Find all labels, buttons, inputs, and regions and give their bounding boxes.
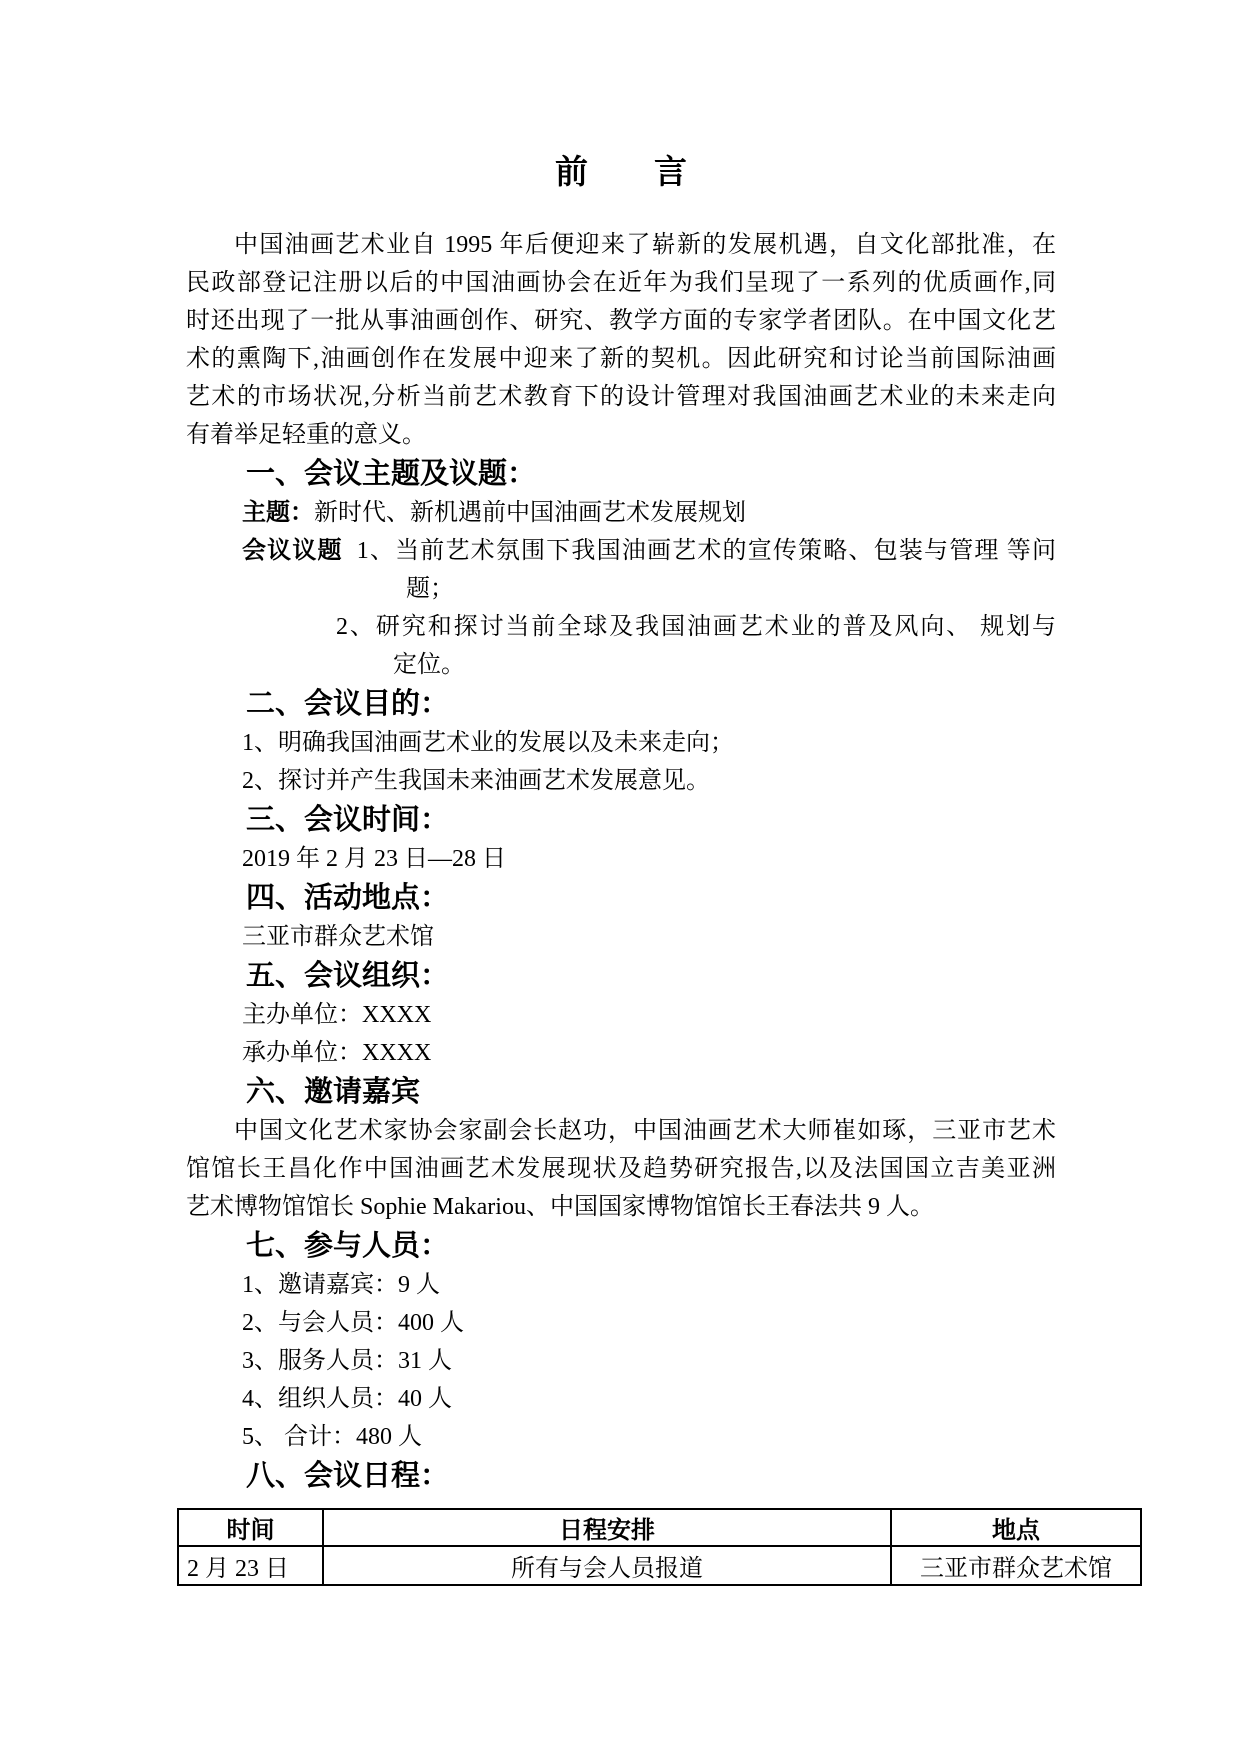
topic-text: 新时代、新机遇前中国油画艺术发展规划 — [314, 500, 746, 526]
topic-label: 主题： — [242, 500, 314, 526]
intro-line: 民政部登记注册以后的中国油画协会在近年为我们呈现了一系列的优质画作,同 — [186, 264, 1056, 302]
intro-line: 有着举足轻重的意义。 — [186, 416, 1056, 454]
participant-item: 1、邀请嘉宾：9 人 — [242, 1266, 1056, 1304]
section-heading-6: 六、邀请嘉宾 — [246, 1072, 1056, 1112]
organizer-host: 主办单位：XXXX — [242, 996, 1056, 1034]
guests-line: 艺术博物馆馆长 Sophie Makariou、中国国家博物馆馆长王春法共 9 … — [186, 1188, 1056, 1226]
organizer-undertaker: 承办单位：XXXX — [242, 1034, 1056, 1072]
intro-line: 艺术的市场状况,分析当前艺术教育下的设计管理对我国油画艺术业的未来走向 — [186, 378, 1056, 416]
page-title: 前 言 — [186, 150, 1056, 196]
intro-line: 中国油画艺术业自 1995 年后便迎来了崭新的发展机遇，自文化部批准，在 — [186, 226, 1056, 264]
purpose-item: 1、明确我国油画艺术业的发展以及未来走向； — [242, 724, 1056, 762]
issue-2-continuation: 定位。 — [393, 646, 1056, 684]
table-header-row: 时间 日程安排 地点 — [178, 1509, 1141, 1546]
section-heading-3: 三、会议时间： — [246, 800, 1056, 840]
participant-item: 5、 合计：480 人 — [242, 1418, 1056, 1456]
intro-paragraph: 中国油画艺术业自 1995 年后便迎来了崭新的发展机遇，自文化部批准，在 民政部… — [186, 226, 1056, 454]
issue-2-text: 2、研究和探讨当前全球及我国油画艺术业的普及风向、 规划与 — [336, 608, 1056, 646]
guests-line: 中国文化艺术家协会家副会长赵功，中国油画艺术大师崔如琢，三亚市艺术 — [186, 1112, 1056, 1150]
schedule-table: 时间 日程安排 地点 2 月 23 日 所有与会人员报道 三亚市群众艺术馆 — [177, 1508, 1142, 1586]
participant-item: 4、组织人员：40 人 — [242, 1380, 1056, 1418]
table-row: 2 月 23 日 所有与会人员报道 三亚市群众艺术馆 — [178, 1546, 1141, 1585]
meeting-time: 2019 年 2 月 23 日—28 日 — [242, 840, 1056, 878]
cell-agenda: 所有与会人员报道 — [323, 1546, 891, 1585]
participant-item: 2、与会人员：400 人 — [242, 1304, 1056, 1342]
intro-line: 术的熏陶下,油画创作在发展中迎来了新的契机。因此研究和讨论当前国际油画 — [186, 340, 1056, 378]
guests-line: 馆馆长王昌化作中国油画艺术发展现状及趋势研究报告,以及法国国立吉美亚洲 — [186, 1150, 1056, 1188]
section-heading-1: 一、会议主题及议题： — [246, 454, 1056, 494]
header-cell-agenda: 日程安排 — [323, 1509, 891, 1546]
cell-date: 2 月 23 日 — [178, 1546, 323, 1585]
document-page: 前 言 中国油画艺术业自 1995 年后便迎来了崭新的发展机遇，自文化部批准，在… — [0, 0, 1240, 1755]
topic-line: 主题：新时代、新机遇前中国油画艺术发展规划 — [242, 494, 1056, 532]
issue-1-continuation: 题； — [406, 570, 1056, 608]
section-heading-7: 七、参与人员： — [246, 1226, 1056, 1266]
guests-paragraph: 中国文化艺术家协会家副会长赵功，中国油画艺术大师崔如琢，三亚市艺术 馆馆长王昌化… — [186, 1112, 1056, 1226]
issues-label: 会议议题 — [242, 538, 343, 564]
section-heading-5: 五、会议组织： — [246, 956, 1056, 996]
purpose-item: 2、探讨并产生我国未来油画艺术发展意见。 — [242, 762, 1056, 800]
header-cell-location: 地点 — [891, 1509, 1141, 1546]
issue-1-text: 1、当前艺术氛围下我国油画艺术的宣传策略、包装与管理 等问 — [357, 538, 1056, 564]
cell-location: 三亚市群众艺术馆 — [891, 1546, 1141, 1585]
issues-line-1: 会议议题1、当前艺术氛围下我国油画艺术的宣传策略、包装与管理 等问 — [242, 532, 1056, 570]
section-heading-8: 八、会议日程： — [246, 1456, 1056, 1496]
participant-item: 3、服务人员：31 人 — [242, 1342, 1056, 1380]
header-cell-time: 时间 — [178, 1509, 323, 1546]
meeting-location: 三亚市群众艺术馆 — [242, 918, 1056, 956]
section-heading-4: 四、活动地点： — [246, 878, 1056, 918]
intro-line: 时还出现了一批从事油画创作、研究、教学方面的专家学者团队。在中国文化艺 — [186, 302, 1056, 340]
section-heading-2: 二、会议目的： — [246, 684, 1056, 724]
